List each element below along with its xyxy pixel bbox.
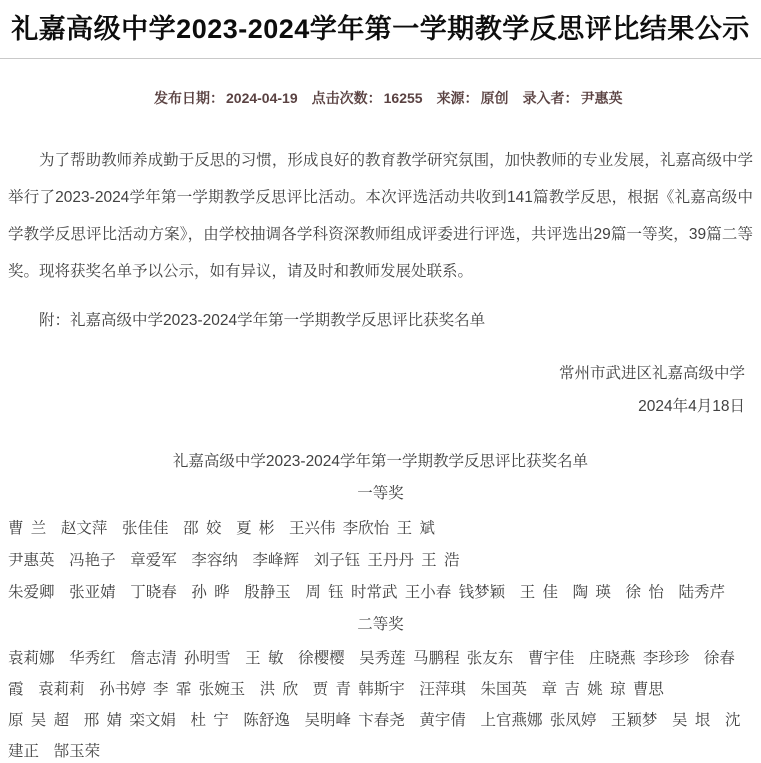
meta-source-label: 来源： (437, 90, 479, 106)
title-divider (0, 58, 761, 59)
meta-source-value: 原创 (481, 90, 509, 106)
first-prize-name-list: 曹 兰 赵文萍 张佳佳 邵 姣 夏 彬 王兴伟 李欣怡 王 斌 尹惠英 冯艳子 … (8, 513, 753, 609)
attachment-line: 附：礼嘉高级中学2023-2024学年第一学期教学反思评比获奖名单 (8, 302, 753, 339)
signature-block: 常州市武进区礼嘉高级中学 2024年4月18日 (0, 357, 761, 423)
page-title: 礼嘉高级中学2023-2024学年第一学期教学反思评比结果公示 (0, 0, 761, 48)
meta-recorder: 录入者：尹惠英 (523, 90, 623, 106)
meta-recorder-value: 尹惠英 (581, 90, 623, 106)
signature-date: 2024年4月18日 (0, 390, 745, 423)
meta-hits: 点击次数：16255 (312, 90, 423, 106)
meta-publish-date-value: 2024-04-19 (226, 90, 298, 106)
first-prize-name-line-3: 朱爱卿 张亚婧 丁晓春 孙 晔 殷静玉 周 钰 时常武 王小春 钱梦颖 王 佳 … (8, 577, 753, 609)
second-prize-name-list: 袁莉娜 华秀红 詹志清 孙明雪 王 敏 徐樱樱 吴秀莲 马鹏程 张友东 曹宇佳 … (8, 643, 753, 763)
second-prize-heading: 二等奖 (0, 614, 761, 636)
second-prize-name-line-1: 袁莉娜 华秀红 詹志清 孙明雪 王 敏 徐樱樱 吴秀莲 马鹏程 张友东 曹宇佳 … (8, 643, 753, 674)
second-prize-name-line-3: 原 吴 超 邢 婧 栾文娟 杜 宁 陈舒逸 吴明峰 卞春尧 黄宇倩 上官燕娜 张… (8, 705, 753, 736)
meta-source: 来源：原创 (437, 90, 509, 106)
meta-hits-value: 16255 (384, 90, 423, 106)
meta-publish-date: 发布日期：2024-04-19 (154, 90, 298, 106)
meta-publish-date-label: 发布日期： (154, 90, 224, 106)
signature-school: 常州市武进区礼嘉高级中学 (0, 357, 745, 390)
award-list-title: 礼嘉高级中学2023-2024学年第一学期教学反思评比获奖名单 (0, 451, 761, 473)
announcement-page: 礼嘉高级中学2023-2024学年第一学期教学反思评比结果公示 发布日期：202… (0, 0, 761, 763)
meta-bar: 发布日期：2024-04-19点击次数：16255来源：原创录入者：尹惠英 (0, 68, 761, 128)
first-prize-name-line-1: 曹 兰 赵文萍 张佳佳 邵 姣 夏 彬 王兴伟 李欣怡 王 斌 (8, 513, 753, 545)
first-prize-name-line-2: 尹惠英 冯艳子 章爱军 李容纳 李峰辉 刘子钰 王丹丹 王 浩 (8, 545, 753, 577)
second-prize-name-line-4: 建正 郜玉荣 (8, 736, 753, 763)
meta-recorder-label: 录入者： (523, 90, 579, 106)
meta-hits-label: 点击次数： (312, 90, 382, 106)
first-prize-heading: 一等奖 (0, 483, 761, 505)
intro-paragraph: 为了帮助教师养成勤于反思的习惯，形成良好的教育教学研究氛围，加快教师的专业发展，… (8, 142, 753, 290)
second-prize-name-line-2: 霞 袁莉莉 孙书婷 李 霏 张婉玉 洪 欣 贾 青 韩斯宇 汪萍琪 朱国英 章 … (8, 674, 753, 705)
